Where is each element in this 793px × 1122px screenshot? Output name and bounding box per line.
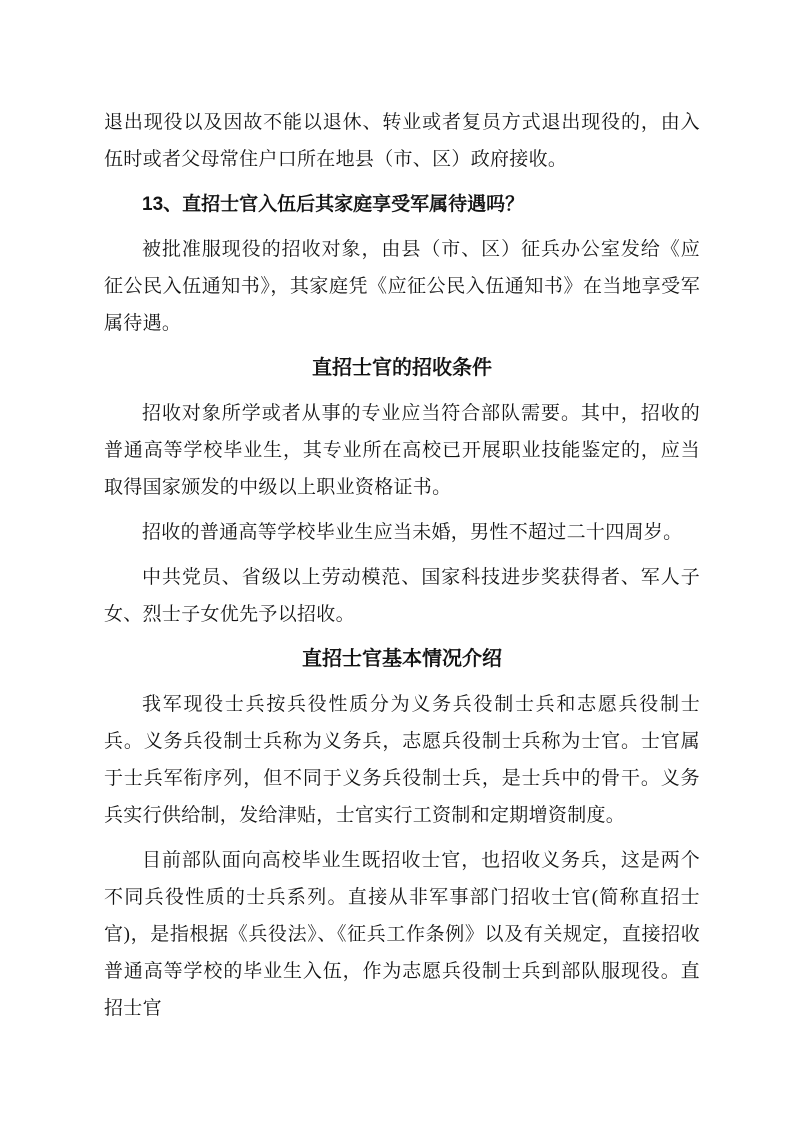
question-13-heading: 13、直招士官入伍后其家庭享受军属待遇吗？ [104, 186, 700, 223]
paragraph-continuation: 退出现役以及因故不能以退休、转业或者复员方式退出现役的，由入伍时或者父母常住户口… [104, 104, 700, 178]
paragraph-notice-family-benefits: 被批准服现役的招收对象，由县（市、区）征兵办公室发给《应征公民入伍通知书》，其家… [104, 231, 700, 342]
paragraph-direct-recruitment-definition: 目前部队面向高校毕业生既招收士官，也招收义务兵，这是两个不同兵役性质的士兵系列。… [104, 842, 700, 1027]
section-heading-recruitment-conditions: 直招士官的招收条件 [104, 350, 700, 387]
paragraph-major-requirements: 招收对象所学或者从事的专业应当符合部队需要。其中，招收的普通高等学校毕业生，其专… [104, 395, 700, 506]
document-page: 退出现役以及因故不能以退休、转业或者复员方式退出现役的，由入伍时或者父母常住户口… [0, 0, 793, 1122]
section-heading-basic-introduction: 直招士官基本情况介绍 [104, 641, 700, 678]
paragraph-priority-recruitment: 中共党员、省级以上劳动模范、国家科技进步奖获得者、军人子女、烈士子女优先予以招收… [104, 559, 700, 633]
paragraph-soldier-categories: 我军现役士兵按兵役性质分为义务兵役制士兵和志愿兵役制士兵。义务兵役制士兵称为义务… [104, 686, 700, 834]
paragraph-age-marriage-requirements: 招收的普通高等学校毕业生应当未婚，男性不超过二十四周岁。 [104, 514, 700, 551]
